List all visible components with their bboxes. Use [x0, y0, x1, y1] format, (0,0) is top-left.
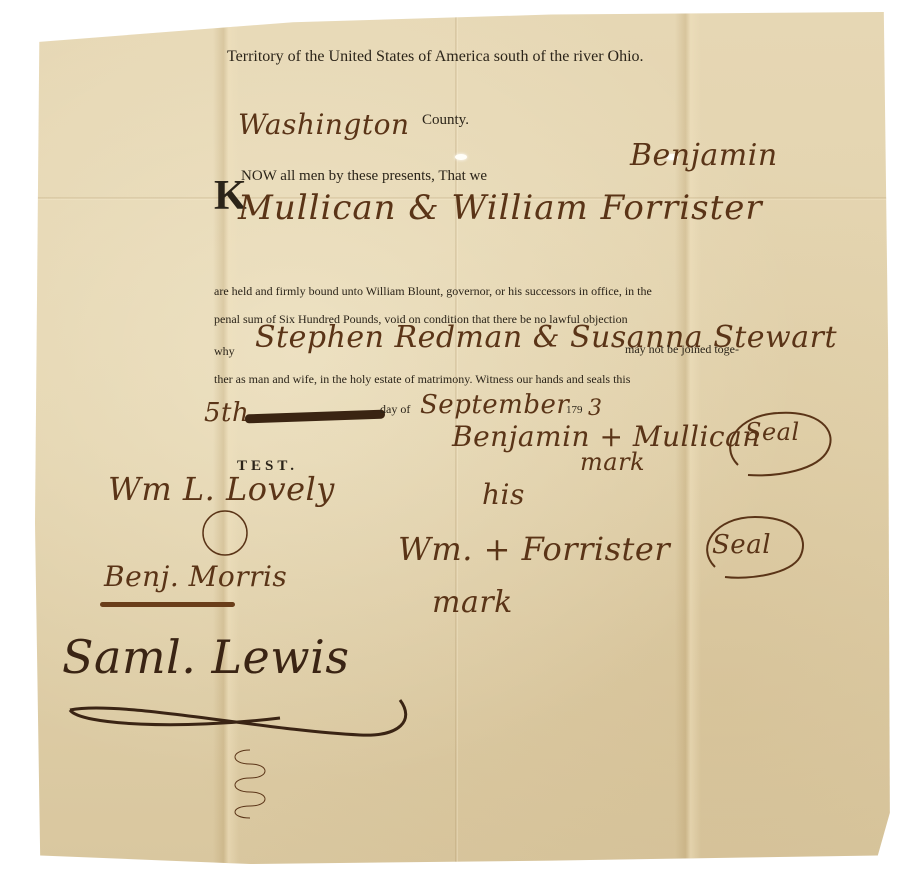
- signatory-2-his: his: [482, 478, 525, 511]
- body-line-3-suffix: may not be joined toge-: [625, 342, 739, 357]
- date-year-handwritten: 3: [588, 396, 603, 421]
- signatory-first-name: Benjamin: [630, 138, 778, 173]
- body-line-3-prefix: why: [214, 344, 235, 359]
- witness-1: Wm L. Lovely: [108, 470, 335, 508]
- seal-scroll-1: [718, 405, 843, 485]
- witness-2-underline: [100, 602, 235, 607]
- body-line-1: are held and firmly bound unto William B…: [214, 284, 652, 299]
- signatory-1-mark: mark: [580, 448, 645, 476]
- signatory-2-name: Wm. + Forrister: [398, 530, 670, 568]
- county-handwritten: Washington: [238, 108, 410, 141]
- couple-names: Stephen Redman & Susanna Stewart: [255, 320, 837, 355]
- witness-3-flourish: [60, 690, 420, 830]
- signatories-names: Mullican & William Forrister: [238, 188, 763, 228]
- body-line-4: ther as man and wife, in the holy estate…: [214, 372, 630, 387]
- fold-hole: [455, 154, 467, 160]
- county-label: County.: [422, 112, 469, 129]
- witness-2: Benj. Morris: [104, 560, 287, 593]
- date-year-printed: 179: [566, 404, 583, 416]
- date-day: 5th: [204, 398, 249, 428]
- signatory-2-mark: mark: [432, 585, 513, 620]
- witness-3: Saml. Lewis: [62, 630, 349, 684]
- seal-scroll-2: [700, 512, 820, 592]
- opening-text: NOW all men by these presents, That we: [241, 168, 487, 185]
- date-month: September: [420, 390, 569, 420]
- document-header: Territory of the United States of Americ…: [227, 48, 644, 66]
- witness-1-flourish: [195, 505, 255, 565]
- date-day-of: day of: [380, 402, 410, 417]
